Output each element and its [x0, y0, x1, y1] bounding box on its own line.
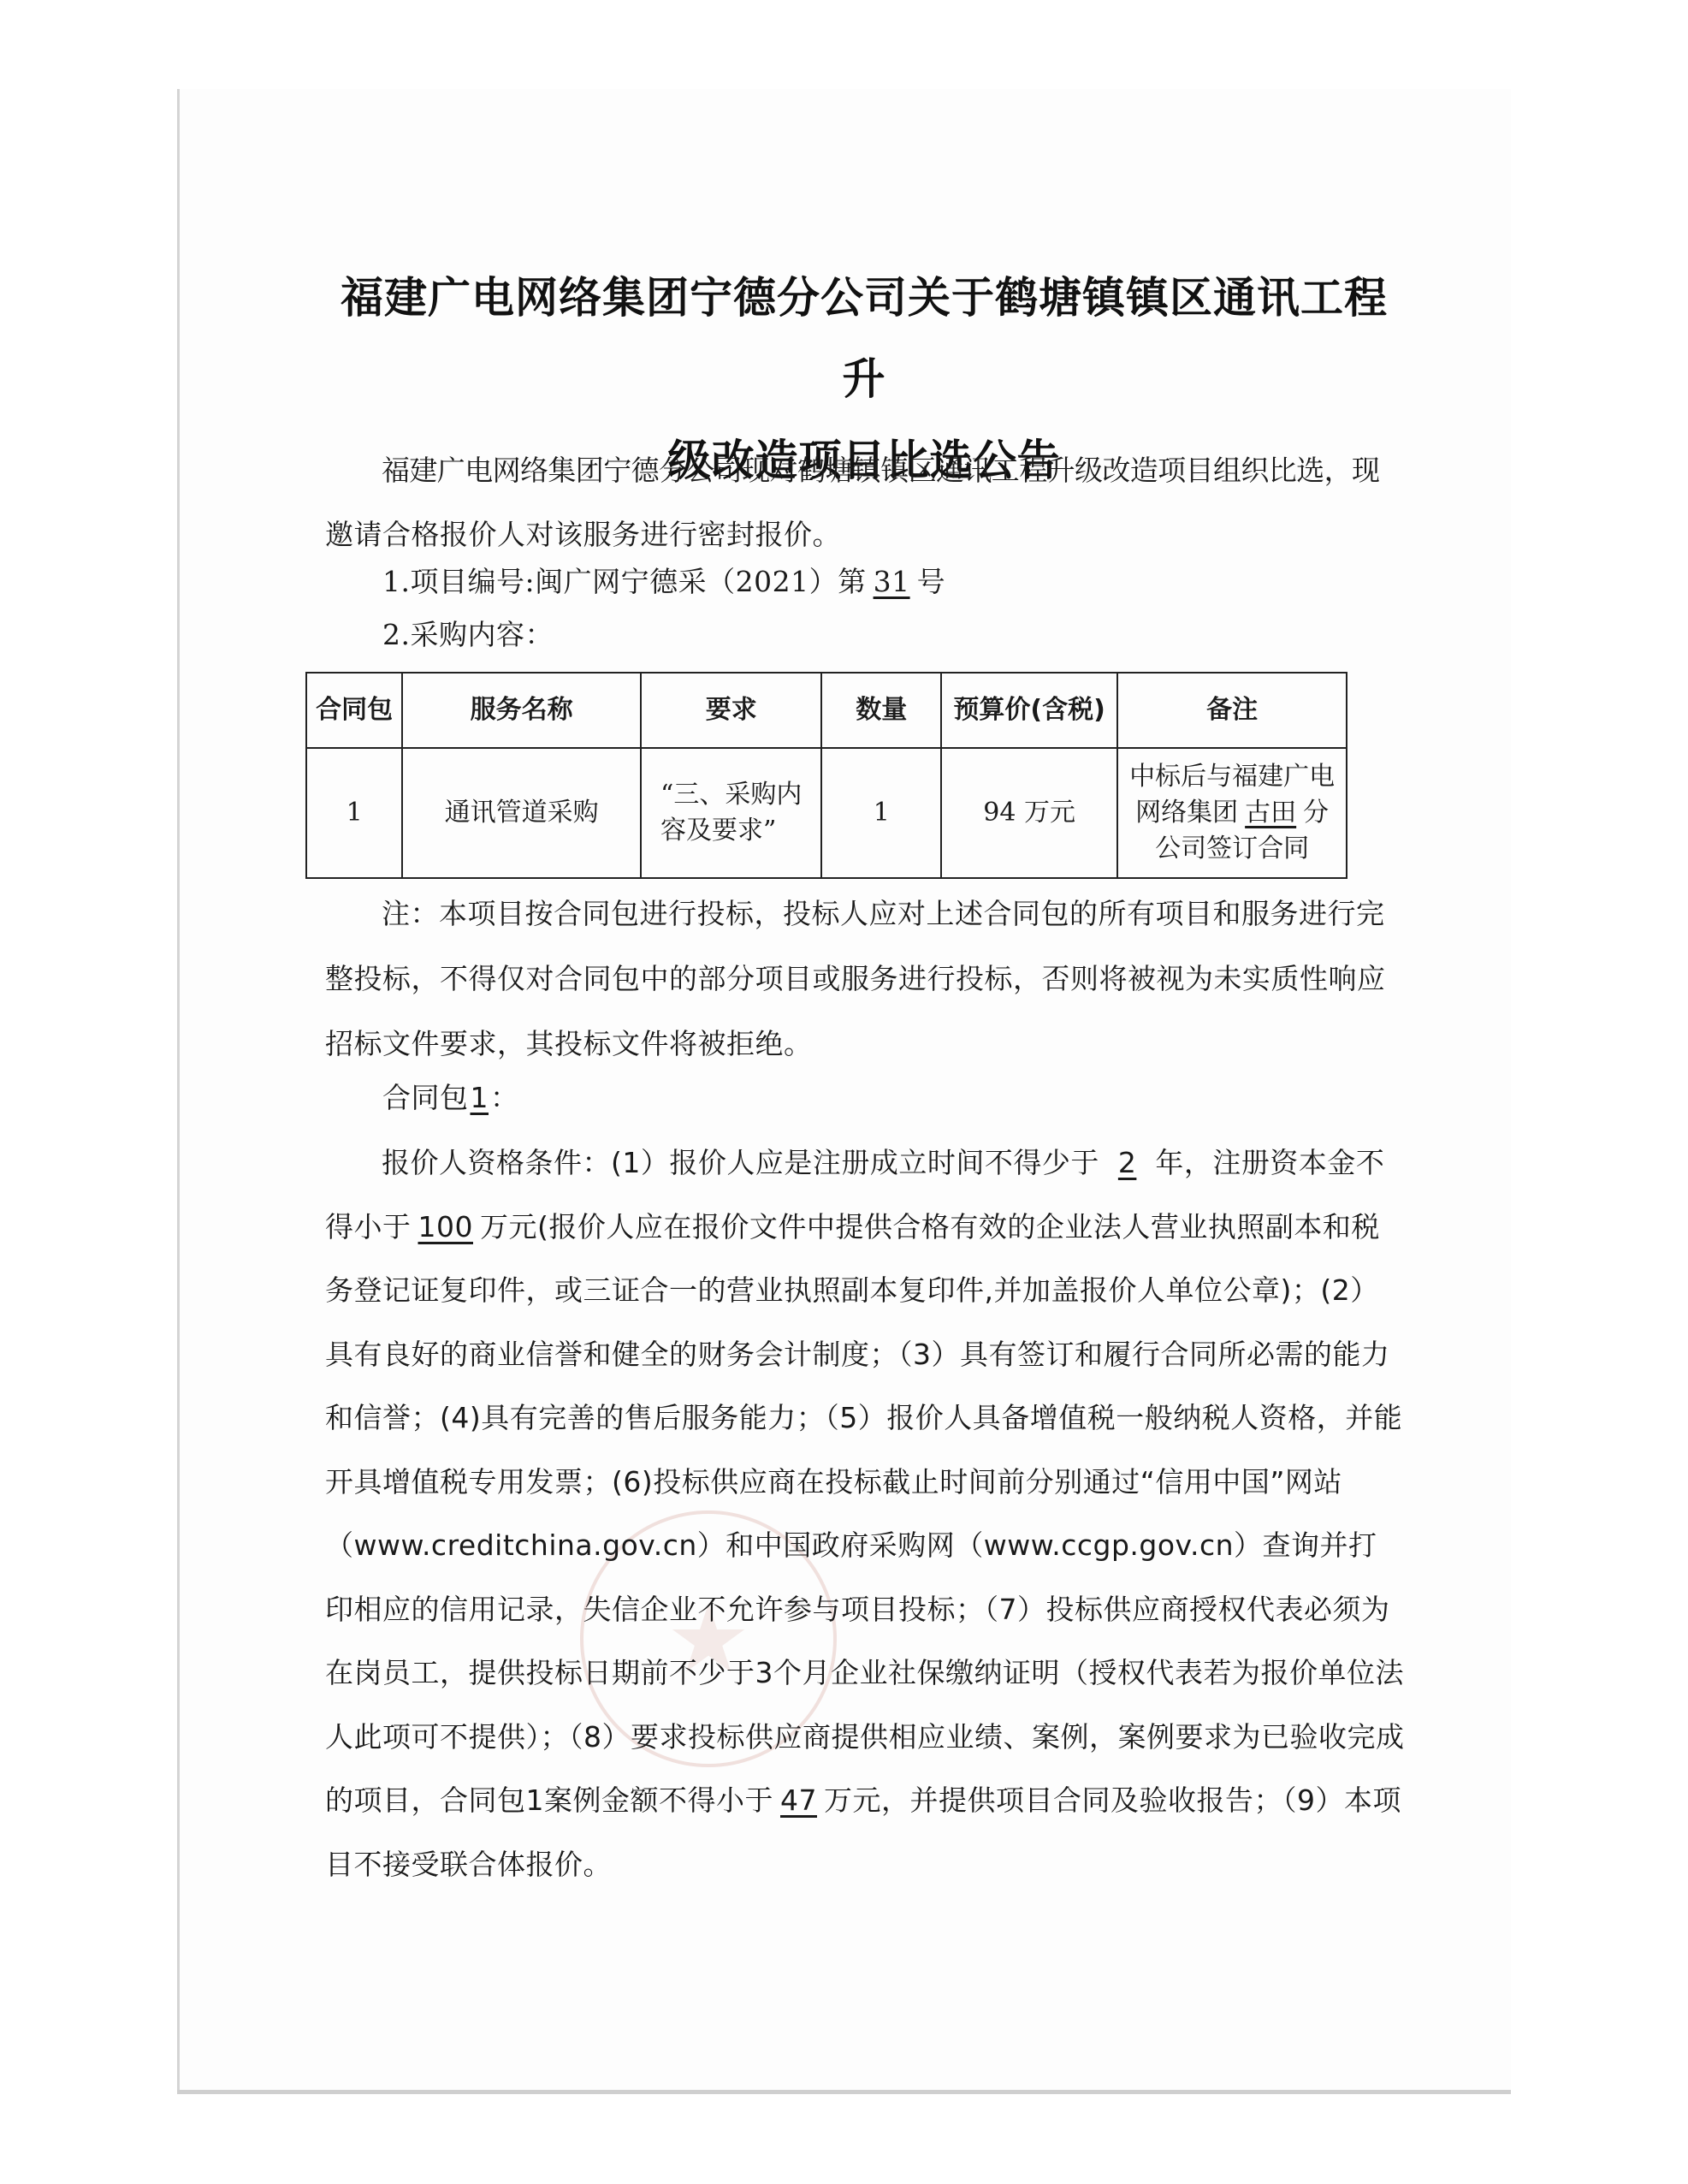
project-number-prefix: 1.项目编号:闽广网宁德采（2021）第 [382, 565, 867, 598]
cell-remarks: 中标后与福建广电网络集团古田分公司签订合同 [1117, 748, 1347, 878]
qual-min-capital: 100 [412, 1210, 481, 1243]
procurement-content-label: 2.采购内容： [382, 609, 896, 661]
table-header-row: 合同包 服务名称 要求 数量 预算价(含税) 备注 [306, 673, 1347, 748]
cell-budget: 94 万元 [941, 748, 1117, 878]
project-number-line: 1.项目编号:闽广网宁德采（2021）第31号 [382, 556, 1324, 608]
cell-package: 1 [306, 748, 402, 878]
header-budget: 预算价(含税) [941, 673, 1117, 748]
qual-case-amount: 47 [773, 1783, 824, 1817]
project-number-suffix: 号 [917, 565, 946, 598]
intro-line-1: 福建广电网络集团宁德分公司现对鹤塘镇镇区通讯工程升级改造项目组织比选，现 [325, 438, 1405, 502]
title-line-1: 福建广电网络集团宁德分公司关于鹤塘镇镇区通讯工程升 [325, 257, 1403, 419]
header-quantity: 数量 [821, 673, 941, 748]
table-row: 1 通讯管道采购 “三、采购内容及要求” 1 94 万元 中标后与福建广电网络集… [306, 748, 1347, 878]
qual-text-3: 万元(报价人应在报价文件中提供合格有效的企业法人营业执照副本和税务登记证复印件，… [325, 1210, 1405, 1818]
cell-requirement: “三、采购内容及要求” [641, 748, 821, 878]
package-label-number: 1 [469, 1081, 491, 1114]
header-service-name: 服务名称 [402, 673, 641, 748]
project-number-value: 31 [867, 565, 917, 598]
qual-text-1: 报价人资格条件：(1）报价人应是注册成立时间不得少于 [382, 1146, 1099, 1179]
intro-paragraph: 福建广电网络集团宁德分公司现对鹤塘镇镇区通讯工程升级改造项目组织比选，现 邀请合… [325, 438, 1405, 567]
remarks-branch: 古田 [1238, 798, 1303, 828]
header-remarks: 备注 [1117, 673, 1347, 748]
header-package: 合同包 [306, 673, 402, 748]
package-label-prefix: 合同包 [382, 1081, 469, 1114]
cell-service-name: 通讯管道采购 [402, 748, 641, 878]
package-label: 合同包1： [382, 1065, 896, 1130]
procurement-table: 合同包 服务名称 要求 数量 预算价(含税) 备注 1 通讯管道采购 “三、采购… [305, 672, 1347, 879]
package-label-suffix: ： [490, 1081, 519, 1114]
header-requirement: 要求 [641, 673, 821, 748]
qual-min-years: 2 [1099, 1146, 1156, 1179]
cell-quantity: 1 [821, 748, 941, 878]
note-paragraph: 注：本项目按合同包进行投标，投标人应对上述合同包的所有项目和服务进行完整投标，不… [325, 881, 1405, 1077]
qualification-paragraph: 报价人资格条件：(1）报价人应是注册成立时间不得少于2年，注册资本金不得小于10… [325, 1131, 1405, 1896]
